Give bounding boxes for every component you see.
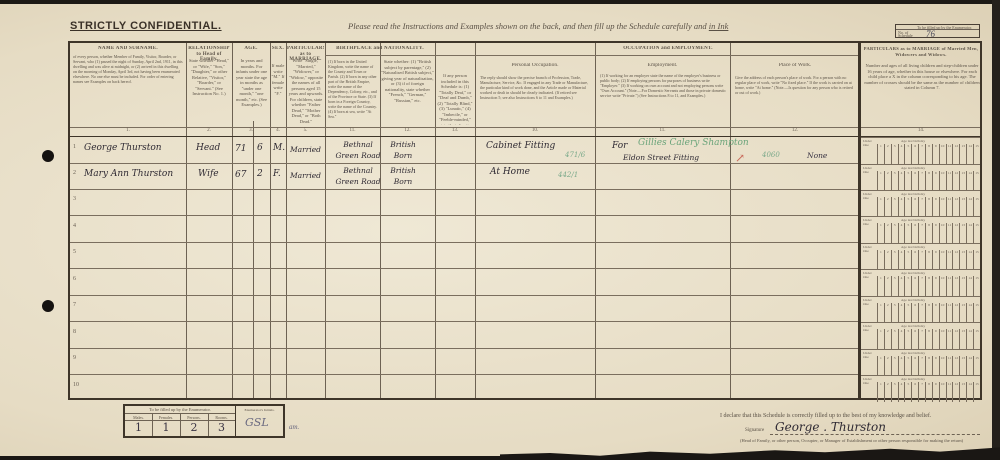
- extra-initials: am.: [289, 423, 299, 431]
- age-cell: 9: [932, 223, 939, 243]
- age-cell: 11: [946, 197, 953, 217]
- signature: George . Thurston: [775, 420, 886, 434]
- age-cell: 5: [904, 276, 911, 296]
- age-cell: 12: [952, 303, 959, 323]
- age-cell: 15: [973, 276, 980, 296]
- header-birthplace-group: BIRTHPLACE and NATIONALITY.: [326, 46, 434, 52]
- age-cell: 13: [959, 171, 966, 191]
- age-cells: 123456789101112131415: [877, 356, 980, 376]
- age-cell: 2: [884, 144, 891, 164]
- age-cell: 6: [911, 303, 918, 323]
- header-personal-occupation-body: The reply should show the precise branch…: [480, 75, 592, 125]
- age-cell: 6: [911, 250, 918, 270]
- age-cell: 11: [946, 171, 953, 191]
- colnum-4: 4.: [270, 128, 286, 133]
- row2-marriage: Married: [290, 171, 321, 180]
- age-cell: 15: [973, 223, 980, 243]
- age-cell: 9: [932, 356, 939, 376]
- row2-name: Mary Ann Thurston: [84, 169, 173, 179]
- age-cell: 11: [946, 356, 953, 376]
- colnum-1: 1.: [70, 128, 186, 133]
- header-age: AGE.: [233, 46, 269, 52]
- row2-occupation-code: 442/1: [558, 171, 578, 179]
- colnum-10: 10.: [475, 128, 595, 133]
- age-cell: 5: [904, 250, 911, 270]
- colnum-2: 2.: [186, 128, 232, 133]
- age-cell: 14: [966, 250, 973, 270]
- row-number: 8: [73, 329, 76, 335]
- schedule-number-header: To be filled up by the Enumerator.: [896, 25, 979, 30]
- age-cell: 4: [898, 250, 905, 270]
- age-strip-label: Under One: [863, 324, 877, 332]
- colnum-11b: 11.: [595, 128, 730, 133]
- punch-hole-bottom: [42, 300, 54, 312]
- age-cell: 8: [925, 329, 932, 349]
- age-cell: 4: [898, 303, 905, 323]
- age-cell: 5: [904, 382, 911, 402]
- totals-persons-label: Persons.: [180, 414, 208, 421]
- fill-instructions-ink: in Ink: [709, 21, 729, 31]
- age-cell: 14: [966, 356, 973, 376]
- row1-marriage: Married: [290, 145, 321, 154]
- col-divider: [286, 43, 287, 398]
- age-cell: 2: [884, 382, 891, 402]
- age-cell: 5: [904, 197, 911, 217]
- age-cell: 14: [966, 171, 973, 191]
- age-strip-label: Under One: [863, 166, 877, 174]
- row1-red-annotation: ↗: [735, 151, 745, 165]
- age-strip-caption: Age last birthday: [901, 218, 925, 222]
- enumerator-initials-value: GSL: [245, 416, 269, 429]
- totals-males-label: Males.: [125, 414, 152, 421]
- age-cell: 9: [932, 303, 939, 323]
- row1-employer-annotation: Gillies Calery Shampton: [638, 138, 749, 148]
- header-sex-body: If male write "M." If female write "F.": [271, 63, 285, 123]
- age-cell: 10: [939, 276, 946, 296]
- age-cell: 5: [904, 144, 911, 164]
- age-cell: 7: [918, 197, 925, 217]
- age-strip-label: Under One: [863, 377, 877, 385]
- age-cell: 3: [891, 329, 898, 349]
- age-cell: 13: [959, 329, 966, 349]
- age-cell: 12: [952, 276, 959, 296]
- age-cell: 7: [918, 223, 925, 243]
- age-cell: 4: [898, 223, 905, 243]
- row1-birthplace: Bethnal Green Road: [332, 139, 384, 161]
- age-cell: 2: [884, 197, 891, 217]
- age-cell: 15: [973, 171, 980, 191]
- row-rule: [70, 321, 858, 322]
- scan-border-right: [992, 0, 1000, 460]
- age-cell: 4: [898, 144, 905, 164]
- age-cell: 3: [891, 223, 898, 243]
- age-cell: 7: [918, 171, 925, 191]
- age-cell: 11: [946, 250, 953, 270]
- age-cell: 13: [959, 382, 966, 402]
- age-cell: 13: [959, 303, 966, 323]
- age-cell: 1: [877, 250, 884, 270]
- age-cell: 10: [939, 250, 946, 270]
- totals-persons-value: 2: [180, 421, 208, 434]
- age-cell: 12: [952, 171, 959, 191]
- header-children-body: Number and ages of all living children a…: [864, 63, 980, 125]
- age-strip-caption: Age last birthday: [901, 166, 925, 170]
- col-divider: [232, 43, 233, 398]
- row-number: 10: [73, 382, 79, 388]
- colnum-13: 13.: [435, 128, 475, 133]
- age-cell: 5: [904, 356, 911, 376]
- age-cell: 9: [932, 250, 939, 270]
- age-cells: 123456789101112131415: [877, 250, 980, 270]
- declaration-text: I declare that this Schedule is correctl…: [720, 413, 931, 419]
- age-cell: 2: [884, 329, 891, 349]
- age-cell: 13: [959, 356, 966, 376]
- age-cell: 8: [925, 197, 932, 217]
- age-cell: 7: [918, 329, 925, 349]
- age-cell: 1: [877, 171, 884, 191]
- age-cell: 3: [891, 276, 898, 296]
- age-cell: 10: [939, 356, 946, 376]
- header-employment: Employment.: [596, 63, 729, 69]
- row-number: 6: [73, 276, 76, 282]
- row-number: 1: [73, 144, 76, 150]
- header-name-body: of every person, whether Member of Famil…: [73, 54, 183, 126]
- row2-age-years: 67: [235, 170, 246, 180]
- row2-occupation: At Home: [490, 167, 530, 177]
- age-cell: 1: [877, 303, 884, 323]
- enumerator-totals-box: To be filled up by the Enumerator. Males…: [123, 404, 285, 438]
- schedule-number-box: To be filled up by the Enumerator. No. o…: [895, 24, 980, 38]
- age-cell: 4: [898, 382, 905, 402]
- row1-occupation-code: 471/6: [565, 151, 585, 159]
- age-cell: 13: [959, 223, 966, 243]
- age-cell: 12: [952, 197, 959, 217]
- header-sex: SEX.: [271, 46, 285, 52]
- age-cell: 10: [939, 329, 946, 349]
- age-cell: 2: [884, 223, 891, 243]
- row-rule: [70, 374, 858, 375]
- age-cell: 15: [973, 197, 980, 217]
- row-number: 4: [73, 223, 76, 229]
- age-strip-row-4: Under OneAge last birthday12345678910111…: [861, 216, 980, 243]
- age-cell: 5: [904, 223, 911, 243]
- age-cell: 15: [973, 382, 980, 402]
- age-cell: 4: [898, 329, 905, 349]
- row1-age-years: 71: [235, 144, 246, 154]
- age-cell: 11: [946, 329, 953, 349]
- age-cell: 14: [966, 223, 973, 243]
- colnum-bottom-rule: [70, 136, 858, 137]
- row2-birthplace: Bethnal Green Road: [332, 165, 384, 187]
- age-cell: 15: [973, 356, 980, 376]
- age-cell: 15: [973, 329, 980, 349]
- colnum-12: 12.: [380, 128, 435, 133]
- age-cell: 7: [918, 303, 925, 323]
- header-marriage-body: Write "Single," "Married," "Widower," or…: [288, 58, 324, 126]
- header-place-of-work-body: Give the address of each person's place …: [735, 75, 857, 125]
- header-children-group: PARTICULARS as to MARRIAGE of Married Me…: [863, 46, 979, 57]
- age-cell: 8: [925, 382, 932, 402]
- age-strip-label: Under One: [863, 192, 877, 200]
- totals-rooms-value: 3: [208, 421, 235, 434]
- punch-hole-top: [42, 150, 54, 162]
- row-number: 5: [73, 249, 76, 255]
- colnum-14: 14.: [861, 128, 981, 133]
- age-cells: 123456789101112131415: [877, 382, 980, 402]
- age-cell: 8: [925, 303, 932, 323]
- row1-occupation: Cabinet Fitting: [486, 141, 555, 151]
- enumerator-initials-label: Enumerator's Initials.: [236, 406, 283, 414]
- age-strip-row-6: Under OneAge last birthday12345678910111…: [861, 269, 980, 296]
- age-cells: 123456789101112131415: [877, 329, 980, 349]
- age-cell: 6: [911, 356, 918, 376]
- age-cell: 1: [877, 144, 884, 164]
- header-occupation-group: OCCUPATION and EMPLOYMENT.: [476, 46, 860, 52]
- age-cell: 14: [966, 197, 973, 217]
- age-strip-row-3: Under OneAge last birthday12345678910111…: [861, 190, 980, 217]
- age-cell: 1: [877, 276, 884, 296]
- row-number: 7: [73, 302, 76, 308]
- age-strip-caption: Age last birthday: [901, 324, 925, 328]
- row1-employment: For: [612, 141, 627, 151]
- colnum-11: 11.: [325, 128, 380, 133]
- age-strip-row-2: Under OneAge last birthday12345678910111…: [861, 164, 980, 191]
- age-cell: 4: [898, 276, 905, 296]
- totals-females-value: 1: [152, 421, 180, 434]
- age-cell: 8: [925, 171, 932, 191]
- age-cell: 13: [959, 144, 966, 164]
- age-cell: 7: [918, 382, 925, 402]
- age-cell: 6: [911, 144, 918, 164]
- totals-header: To be filled up by the Enumerator.: [125, 406, 235, 414]
- age-cell: 9: [932, 329, 939, 349]
- age-cell: 12: [952, 329, 959, 349]
- row-rule: [70, 348, 858, 349]
- fill-instructions-text: Please read the Instructions and Example…: [348, 21, 707, 31]
- age-cell: 5: [904, 329, 911, 349]
- age-cell: 1: [877, 223, 884, 243]
- col-divider: [475, 43, 476, 398]
- age-cell: 6: [911, 223, 918, 243]
- age-cell: 3: [891, 144, 898, 164]
- age-strip-caption: Age last birthday: [901, 351, 925, 355]
- row2-sex: F.: [273, 169, 281, 179]
- header-relationship-body: State whether "Head," or "Wife," "Son," …: [188, 58, 230, 126]
- age-cell: 14: [966, 303, 973, 323]
- age-cell: 9: [932, 144, 939, 164]
- age-cell: 6: [911, 197, 918, 217]
- age-strip-caption: Age last birthday: [901, 245, 925, 249]
- row-rule: [70, 189, 858, 190]
- col-divider: [325, 43, 326, 398]
- age-cell: 13: [959, 197, 966, 217]
- row1-age-months: 6: [257, 143, 263, 153]
- colnum-5: 5.: [286, 128, 325, 133]
- age-strip-row-8: Under OneAge last birthday12345678910111…: [861, 322, 980, 349]
- age-cell: 7: [918, 250, 925, 270]
- signature-label: Signature: [745, 428, 764, 433]
- age-cell: 3: [891, 382, 898, 402]
- row-rule: [70, 242, 858, 243]
- age-cell: 13: [959, 250, 966, 270]
- age-cell: 11: [946, 276, 953, 296]
- age-cell: 10: [939, 223, 946, 243]
- age-cell: 8: [925, 144, 932, 164]
- age-cell: 6: [911, 382, 918, 402]
- age-cell: 9: [932, 276, 939, 296]
- age-cell: 10: [939, 171, 946, 191]
- age-strip-caption: Age last birthday: [901, 192, 925, 196]
- row1-nationality: British Born: [386, 139, 420, 161]
- row2-age-months: 2: [257, 169, 263, 179]
- age-cell: 15: [973, 144, 980, 164]
- age-cell: 3: [891, 356, 898, 376]
- age-strip-caption: Age last birthday: [901, 377, 925, 381]
- row-rule: [70, 295, 858, 296]
- signature-line: [770, 434, 980, 435]
- age-cell: 12: [952, 382, 959, 402]
- age-strip-label: Under One: [863, 139, 877, 147]
- age-cell: 3: [891, 303, 898, 323]
- age-cell: 10: [939, 144, 946, 164]
- age-cell: 9: [932, 197, 939, 217]
- children-ages-table: PARTICULARS as to MARRIAGE of Married Me…: [860, 41, 982, 400]
- schedule-number-value: 76: [926, 29, 935, 39]
- age-cell: 7: [918, 276, 925, 296]
- age-cell: 12: [952, 356, 959, 376]
- age-cell: 1: [877, 197, 884, 217]
- header-place-of-work: Place of Work.: [731, 63, 859, 69]
- age-strip-row-1: Under One Age last birthday 1 2 3 4 5 6 …: [861, 137, 980, 164]
- age-cell: 2: [884, 303, 891, 323]
- totals-rooms-label: Rooms.: [208, 414, 235, 421]
- row-number: 3: [73, 196, 76, 202]
- age-cell: 8: [925, 250, 932, 270]
- header-employment-body: (1) If working for an employer state the…: [600, 73, 727, 125]
- age-cell: 2: [884, 250, 891, 270]
- header-age-body: In years and months. For infants under o…: [234, 58, 269, 126]
- age-cell: 11: [946, 382, 953, 402]
- age-cell: 3: [891, 171, 898, 191]
- age-cell: 9: [932, 171, 939, 191]
- colnum-3: 3.: [232, 128, 270, 133]
- age-cell: 8: [925, 223, 932, 243]
- age-cell: 14: [966, 276, 973, 296]
- age-cell: 4: [898, 197, 905, 217]
- age-cell: 8: [925, 276, 932, 296]
- header-birthplace-body: (1) If born in the United Kingdom, write…: [328, 59, 378, 125]
- age-strip-caption: Age last birthday: [901, 139, 925, 143]
- header-infirmity-body: If any person included in this Schedule …: [436, 73, 474, 125]
- age-cells: 123456789101112131415: [877, 197, 980, 217]
- header-personal-occupation: Personal Occupation.: [476, 63, 594, 69]
- age-cell: 5: [904, 171, 911, 191]
- row2-nationality: British Born: [386, 165, 420, 187]
- signature-note: (Head of Family, or other person, Occupi…: [740, 438, 963, 443]
- totals-males-value: 1: [125, 421, 152, 434]
- age-strip-label: Under One: [863, 245, 877, 253]
- col-divider: [186, 43, 187, 398]
- age-strip-label: Under One: [863, 351, 877, 359]
- row-number: 9: [73, 355, 76, 361]
- col-divider: [595, 43, 596, 398]
- age-strip-label: Under One: [863, 218, 877, 226]
- age-strip-label: Under One: [863, 271, 877, 279]
- age-cell: 14: [966, 144, 973, 164]
- age-cell: 4: [898, 356, 905, 376]
- row-rule: [70, 215, 858, 216]
- age-strip-row-5: Under OneAge last birthday12345678910111…: [861, 243, 980, 270]
- census-table: NAME AND SURNAME. of every person, wheth…: [68, 41, 860, 400]
- age-strip-caption: Age last birthday: [901, 271, 925, 275]
- age-cell: 2: [884, 171, 891, 191]
- colnum-12b: 12.: [730, 128, 860, 133]
- age-cell: 6: [911, 329, 918, 349]
- row1-name: George Thurston: [84, 143, 162, 153]
- age-cell: 1: [877, 382, 884, 402]
- age-cell: 7: [918, 356, 925, 376]
- age-cells: 123456789101112131415: [877, 303, 980, 323]
- header-name: NAME AND SURNAME.: [72, 46, 184, 52]
- row1-employment-detail: Eldon Street Fitting: [623, 153, 699, 162]
- row1-children: None: [807, 151, 827, 160]
- age-cell: 15: [973, 250, 980, 270]
- age-strip-row-7: Under OneAge last birthday12345678910111…: [861, 296, 980, 323]
- row-number: 2: [73, 170, 76, 176]
- fill-instructions: Please read the Instructions and Example…: [348, 21, 728, 31]
- age-cell: 2: [884, 276, 891, 296]
- col-divider: [730, 43, 731, 398]
- age-cell: 7: [918, 144, 925, 164]
- age-cell: 12: [952, 144, 959, 164]
- document-title: STRICTLY CONFIDENTIAL.: [70, 20, 222, 32]
- age-cell: 1: [877, 329, 884, 349]
- age-cell: 15: [973, 303, 980, 323]
- age-cell: 10: [939, 303, 946, 323]
- age-cell: 13: [959, 276, 966, 296]
- age-cell: 11: [946, 144, 953, 164]
- age-cell: 6: [911, 276, 918, 296]
- group-header-rule: [325, 55, 858, 56]
- row-rule: [70, 268, 858, 269]
- age-strip-label: Under One: [863, 298, 877, 306]
- age-cell: 10: [939, 197, 946, 217]
- age-cell: 9: [932, 382, 939, 402]
- age-cell: 1: [877, 356, 884, 376]
- row1-relationship: Head: [196, 143, 220, 153]
- row2-relationship: Wife: [198, 169, 219, 179]
- age-cell: 10: [939, 382, 946, 402]
- age-cell: 3: [891, 250, 898, 270]
- age-cell: 11: [946, 303, 953, 323]
- age-cell: 3: [891, 197, 898, 217]
- schedule-number-label: No. of Schedule: [898, 31, 910, 37]
- age-cells: 123456789101112131415: [877, 171, 980, 191]
- totals-females-label: Females.: [152, 414, 180, 421]
- row1-sex: M.: [273, 143, 285, 153]
- age-strip-row-9: Under OneAge last birthday12345678910111…: [861, 349, 980, 376]
- age-strip-row-10: Under OneAge last birthday12345678910111…: [861, 375, 980, 402]
- age-cell: 12: [952, 223, 959, 243]
- age-cell: 11: [946, 223, 953, 243]
- row1-place-code: 4060: [762, 151, 780, 159]
- age-cell: 12: [952, 250, 959, 270]
- age-cell: 8: [925, 356, 932, 376]
- age-cells: 123456789101112131415: [877, 276, 980, 296]
- age-cells: 1 2 3 4 5 6 7 8 9 10 11 12 13 14 15: [877, 144, 980, 164]
- age-cells: 123456789101112131415: [877, 223, 980, 243]
- age-cell: 5: [904, 303, 911, 323]
